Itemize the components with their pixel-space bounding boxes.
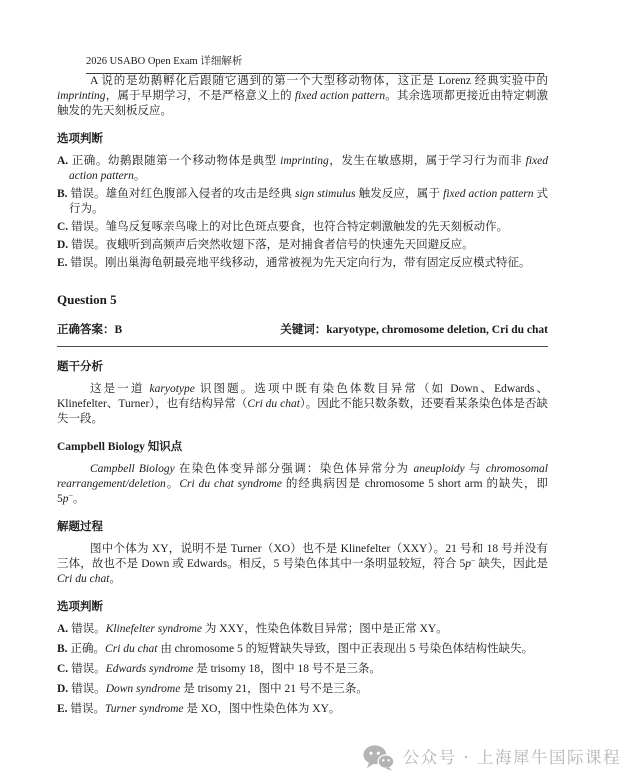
keywords-value: karyotype, chromosome deletion, Cri du c… bbox=[326, 324, 548, 336]
option-text-c: 错误。雏鸟反复啄亲鸟喙上的对比色斑点要食，也符合特定刺激触发的先天刻板动作。 bbox=[71, 221, 508, 233]
keywords: 关键词：karyotype, chromosome deletion, Cri … bbox=[280, 323, 548, 338]
page-header: 2026 USABO Open Exam 详细解析 bbox=[86, 55, 544, 74]
wechat-icon bbox=[363, 744, 394, 771]
option-label-c: C. bbox=[57, 663, 68, 675]
q4-option-a: A.正确。幼鹅跟随第一个移动物体是典型 imprinting，发生在敏感期，属于… bbox=[57, 154, 548, 184]
q5-option-e: E.错误。Turner syndrome 是 XO，图中性染色体为 XY。 bbox=[57, 702, 548, 717]
keywords-label: 关键词： bbox=[280, 324, 326, 336]
q5-option-c: C.错误。Edwards syndrome 是 trisomy 18，图中 18… bbox=[57, 662, 548, 677]
option-label-a: A. bbox=[57, 623, 68, 635]
knowledge-paragraph: Campbell Biology 在染色体变异部分强调：染色体异常分为 aneu… bbox=[57, 462, 548, 507]
option-label-c: C. bbox=[57, 221, 68, 233]
q5-options-list: A.错误。Klinefelter syndrome 为 XXY，性染色体数目异常… bbox=[57, 622, 548, 717]
option-text-a: 错误。Klinefelter syndrome 为 XXY，性染色体数目异常；图… bbox=[71, 623, 448, 635]
stem-analysis-paragraph: 这是一道 karyotype 识图题。选项中既有染色体数目异常（如 Down、E… bbox=[57, 382, 548, 427]
option-text-c: 错误。Edwards syndrome 是 trisomy 18，图中 18 号… bbox=[71, 663, 381, 675]
option-text-d: 错误。Down syndrome 是 trisomy 21，图中 21 号不是三… bbox=[71, 683, 368, 695]
question-title: Question 5 bbox=[57, 292, 548, 308]
option-text-d: 错误。夜蛾听到高频声后突然收翅下落，是对捕食者信号的快速先天回避反应。 bbox=[71, 239, 474, 251]
q5-options-heading: 选项判断 bbox=[57, 600, 548, 615]
option-label-d: D. bbox=[57, 683, 68, 695]
option-text-e: 错误。Turner syndrome 是 XO，图中性染色体为 XY。 bbox=[71, 703, 341, 715]
option-text-a: 正确。幼鹅跟随第一个移动物体是典型 imprinting，发生在敏感期，属于学习… bbox=[69, 155, 548, 182]
q5-option-a: A.错误。Klinefelter syndrome 为 XXY，性染色体数目异常… bbox=[57, 622, 548, 637]
q4-option-b: B.错误。雄鱼对红色腹部入侵者的攻击是经典 sign stimulus 触发反应… bbox=[57, 187, 548, 217]
option-text-b: 正确。Cri du chat 由 chromosome 5 的短臂缺失导致，图中… bbox=[71, 643, 534, 655]
answer-keywords-row: 正确答案：B 关键词：karyotype, chromosome deletio… bbox=[57, 323, 548, 347]
correct-answer-label: 正确答案： bbox=[57, 324, 115, 336]
process-paragraph: 图中个体为 XY，说明不是 Turner（XO）也不是 Klinefelter（… bbox=[57, 542, 548, 587]
q4-option-c: C.错误。雏鸟反复啄亲鸟喙上的对比色斑点要食，也符合特定刺激触发的先天刻板动作。 bbox=[57, 220, 548, 235]
q4-options-heading: 选项判断 bbox=[57, 132, 548, 147]
option-label-e: E. bbox=[57, 703, 68, 715]
q5-option-d: D.错误。Down syndrome 是 trisomy 21，图中 21 号不… bbox=[57, 682, 548, 697]
option-text-e: 错误。刚出巢海龟朝最亮地平线移动，通常被视为先天定向行为，带有固定反应模式特征。 bbox=[71, 257, 531, 269]
option-label-b: B. bbox=[57, 188, 68, 200]
correct-answer: 正确答案：B bbox=[57, 323, 122, 338]
q4-analysis-paragraph: A 说的是幼鹅孵化后跟随它遇到的第一个大型移动物体，这正是 Lorenz 经典实… bbox=[57, 74, 548, 119]
stem-analysis-heading: 题干分析 bbox=[57, 360, 548, 375]
page-body: A 说的是幼鹅孵化后跟随它遇到的第一个大型移动物体，这正是 Lorenz 经典实… bbox=[57, 74, 548, 717]
option-label-b: B. bbox=[57, 643, 68, 655]
watermark-text: 公众号 · 上海犀牛国际课程 bbox=[403, 750, 621, 765]
correct-answer-value: B bbox=[115, 324, 123, 336]
document-page: 2026 USABO Open Exam 详细解析 A 说的是幼鹅孵化后跟随它遇… bbox=[0, 0, 641, 780]
option-label-a: A. bbox=[57, 155, 68, 167]
q5-option-b: B.正确。Cri du chat 由 chromosome 5 的短臂缺失导致，… bbox=[57, 642, 548, 657]
q4-option-e: E.错误。刚出巢海龟朝最亮地平线移动，通常被视为先天定向行为，带有固定反应模式特… bbox=[57, 256, 548, 271]
watermark-footer: 公众号 · 上海犀牛国际课程 bbox=[363, 744, 621, 771]
option-text-b: 错误。雄鱼对红色腹部入侵者的攻击是经典 sign stimulus 触发反应，属… bbox=[69, 188, 548, 215]
header-title: 2026 USABO Open Exam 详细解析 bbox=[86, 56, 242, 67]
q4-option-d: D.错误。夜蛾听到高频声后突然收翅下落，是对捕食者信号的快速先天回避反应。 bbox=[57, 238, 548, 253]
option-label-e: E. bbox=[57, 257, 68, 269]
option-label-d: D. bbox=[57, 239, 68, 251]
knowledge-heading: Campbell Biology 知识点 bbox=[57, 440, 548, 455]
q4-options-list: A.正确。幼鹅跟随第一个移动物体是典型 imprinting，发生在敏感期，属于… bbox=[57, 154, 548, 271]
process-heading: 解题过程 bbox=[57, 520, 548, 535]
